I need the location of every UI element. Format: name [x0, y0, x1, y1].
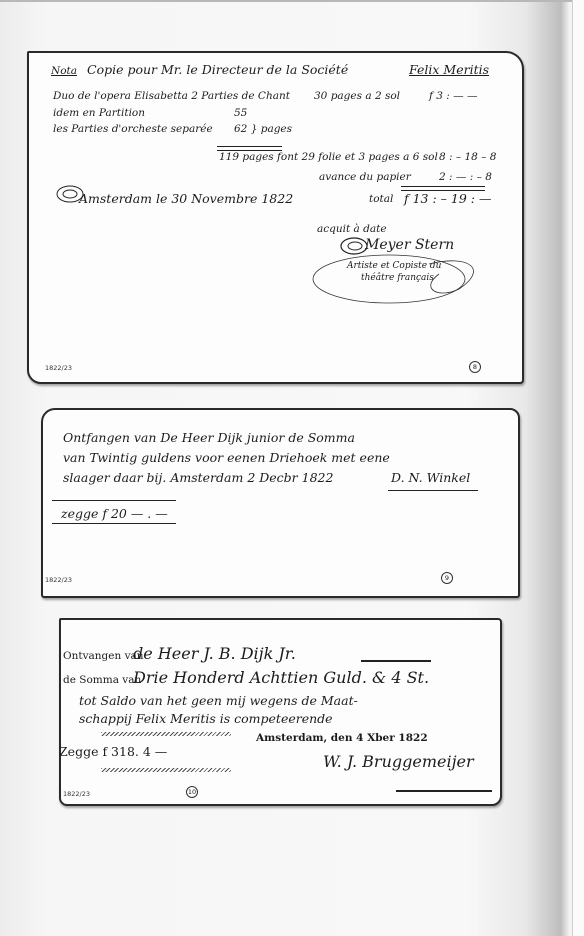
- amount-rule-bottom: [52, 523, 176, 524]
- signature-paraph-icon: [309, 249, 499, 309]
- receipt2-line3: slaager daar bij. Amsterdam 2 Decbr 1822: [63, 470, 333, 485]
- nota-label: Nota: [51, 65, 77, 77]
- total-label: total: [369, 193, 393, 205]
- line-item-orchestra-pages: 62 } pages: [234, 123, 292, 135]
- receipt2-line2: van Twintig guldens voor eenen Driehoek …: [63, 450, 390, 465]
- paper-advance-amount: 2 : — : – 8: [439, 171, 492, 183]
- acquit-label: acquit à date: [317, 223, 387, 235]
- signature-bruggemeijer: W. J. Bruggemeijer: [323, 752, 474, 771]
- society-name: Felix Meritis: [409, 62, 489, 77]
- sum-label: de Somma van: [63, 674, 141, 686]
- receipt2-line1: Ontfangen van De Heer Dijk junior de Som…: [63, 430, 355, 445]
- line-item-orchestra: les Parties d'orcheste separée: [53, 123, 213, 135]
- place-date: Amsterdam, den 4 Xber 1822: [256, 732, 428, 744]
- page-stamp: 9: [441, 572, 453, 584]
- signature-rule: [388, 490, 478, 491]
- subtotal-amount: 8 : – 18 – 8: [439, 151, 496, 163]
- receipt-bruggemeijer: Ontvangen van de Heer J. B. Dijk Jr. de …: [59, 618, 502, 806]
- line-item-duo-amount: f 3 : — —: [429, 90, 477, 102]
- receipt3-amount: Zegge f 318. 4 —: [59, 744, 167, 759]
- amount-wavy-rule-bottom: [101, 768, 231, 772]
- received-from-label: Ontvangen van: [63, 650, 144, 662]
- total-amount: f 13 : – 19 : —: [404, 191, 491, 206]
- line-item-partition: idem en Partition: [53, 107, 145, 119]
- name-flourish-rule: [361, 660, 431, 662]
- amount-wavy-rule-top: [101, 732, 231, 736]
- receipt2-signature: D. N. Winkel: [391, 470, 470, 485]
- receipt-heading: Copie pour Mr. le Directeur de la Sociét…: [87, 62, 348, 77]
- page-stamp: 10: [186, 786, 198, 798]
- page-right-margin: [572, 0, 584, 936]
- subtotal-line: 119 pages font 29 folie et 3 pages a 6 s…: [219, 151, 438, 163]
- paper-advance-label: avance du papier: [319, 171, 411, 183]
- line-item-duo: Duo de l'opera Elisabetta 2 Parties de C…: [53, 90, 290, 102]
- receipt2-amount: zegge f 20 — . —: [61, 506, 168, 521]
- page-top-edge: [0, 0, 584, 2]
- line-item-duo-detail: 30 pages a 2 sol: [314, 90, 400, 102]
- receipt-felix-meritis-copying: Nota Copie pour Mr. le Directeur de la S…: [27, 51, 524, 384]
- receipt-winkel-triangle: Ontfangen van De Heer Dijk junior de Som…: [41, 408, 520, 598]
- receipt3-line3: tot Saldo van het geen mij wegens de Maa…: [79, 693, 358, 708]
- catalog-number: 1822/23: [45, 576, 72, 584]
- receipt3-line4: schappij Felix Meritis is competeerende: [79, 711, 333, 726]
- page-stamp: 8: [469, 361, 481, 373]
- line-item-partition-pages: 55: [234, 107, 247, 119]
- signature-rule: [396, 790, 492, 792]
- catalog-number: 1822/23: [63, 790, 90, 798]
- sum-in-words: Drie Honderd Achttien Guld. & 4 St.: [133, 668, 429, 687]
- catalog-number: 1822/23: [45, 364, 72, 372]
- place-date: Amsterdam le 30 Novembre 1822: [79, 191, 293, 206]
- received-from-name: de Heer J. B. Dijk Jr.: [133, 644, 296, 663]
- amount-rule-top: [52, 500, 176, 501]
